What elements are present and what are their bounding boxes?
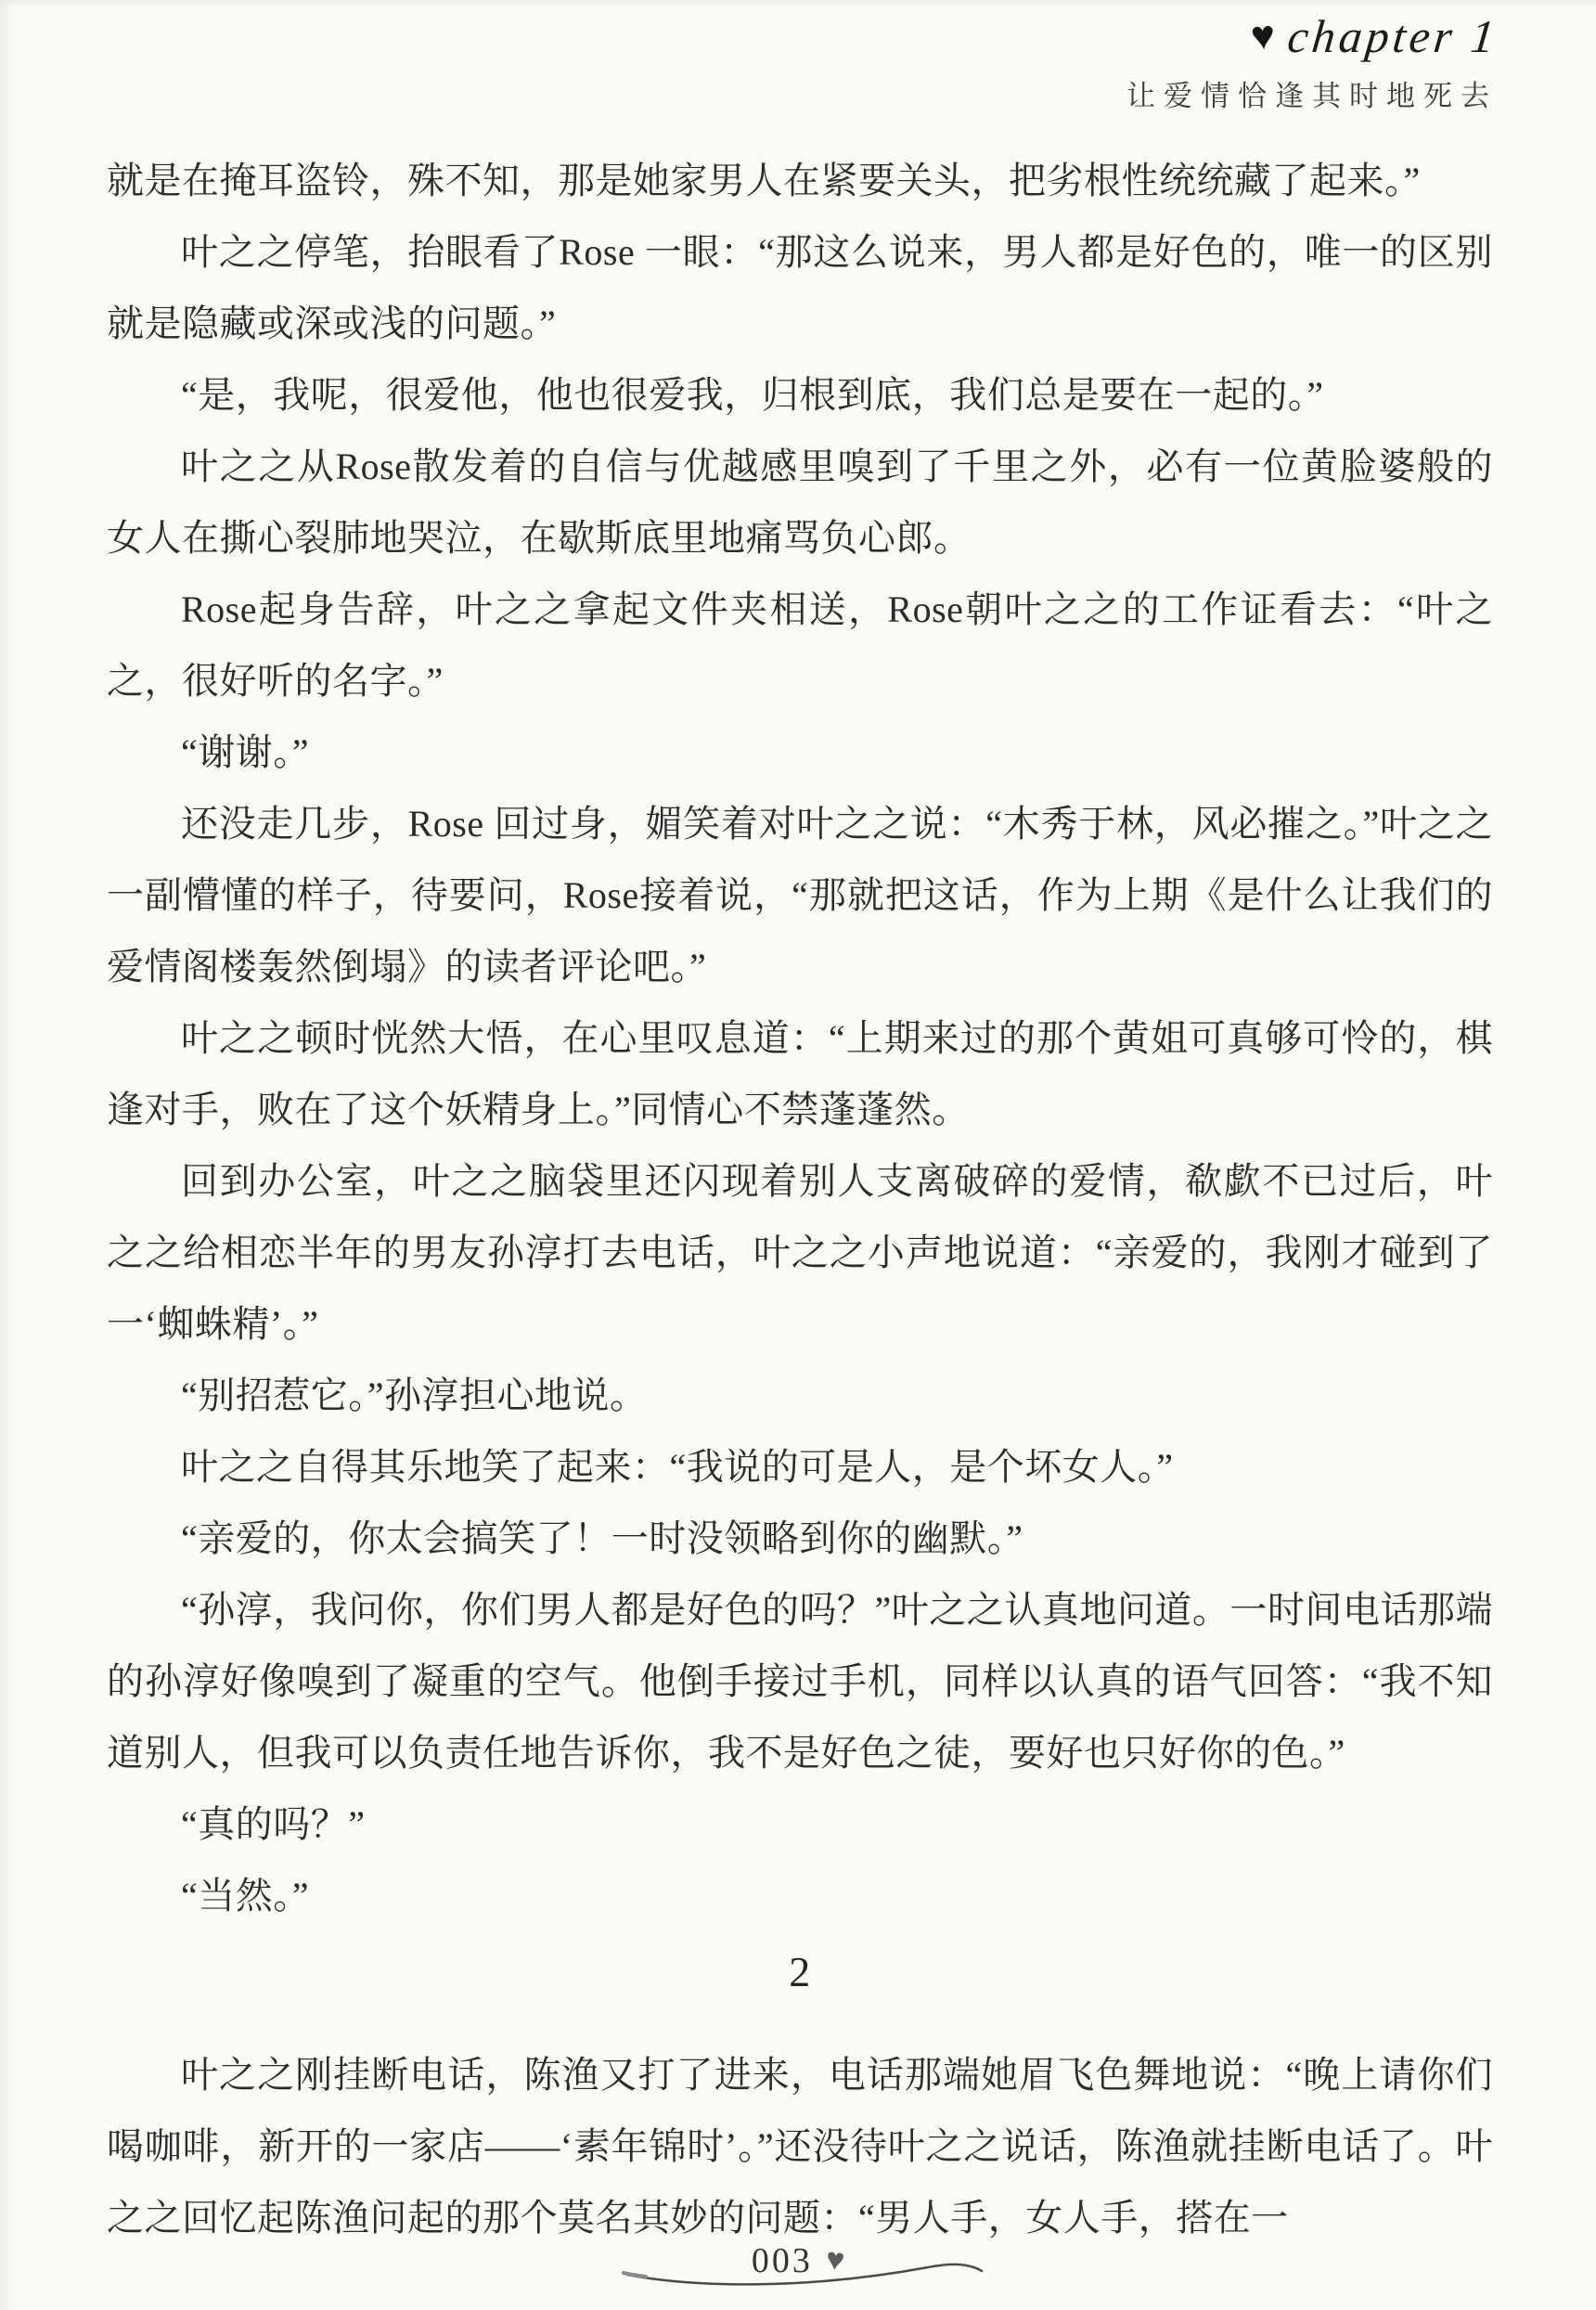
paragraph: “谢谢。” [107, 716, 1493, 788]
page-header: ♥ chapter 1 让爱情恰逢其时地死去 [1126, 13, 1498, 114]
chapter-label: chapter 1 [1285, 13, 1499, 59]
paragraph: “真的吗？” [107, 1788, 1493, 1860]
heart-icon: ♥ [1249, 15, 1276, 58]
chapter-line: ♥ chapter 1 [1126, 13, 1498, 59]
paragraph: 就是在掩耳盗铃，殊不知，那是她家男人在紧要关头，把劣根性统统藏了起来。” [107, 145, 1493, 216]
paragraph: 叶之之停笔，抬眼看了Rose 一眼：“那这么说来，男人都是好色的，唯一的区别就是… [107, 216, 1493, 359]
paragraph: “亲爱的，你太会搞笑了！一时没领略到你的幽默。” [107, 1503, 1493, 1574]
footer-ornament-group: 003 ♥ [733, 2228, 863, 2293]
paragraph: 叶之之自得其乐地笑了起来：“我说的可是人，是个坏女人。” [107, 1431, 1493, 1503]
paragraph: 还没走几步，Rose 回过身，媚笑着对叶之之说：“木秀于林，风必摧之。”叶之之一… [107, 788, 1493, 1002]
chapter-subtitle: 让爱情恰逢其时地死去 [1126, 72, 1498, 114]
paragraph: 叶之之刚挂断电话，陈渔又打了进来，电话那端她眉飞色舞地说：“晚上请你们喝咖啡，新… [107, 2039, 1493, 2253]
heart-ornament-icon: ♥ [824, 2242, 846, 2279]
section-number: 2 [107, 1944, 1493, 2000]
paragraph: 叶之之从Rose散发着的自信与优越感里嗅到了千里之外，必有一位黄脸婆般的女人在撕… [107, 431, 1493, 574]
paragraph: 叶之之顿时恍然大悟，在心里叹息道：“上期来过的那个黄姐可真够可怜的，棋逢对手，败… [107, 1002, 1493, 1145]
page-number: 003 [752, 2240, 813, 2281]
paragraph: 回到办公室，叶之之脑袋里还闪现着别人支离破碎的爱情，欷歔不已过后，叶之之给相恋半… [107, 1145, 1493, 1360]
paragraph: “当然。” [107, 1860, 1493, 1931]
underline-swoosh-icon [622, 2251, 1011, 2291]
paragraph: “别招惹它。”孙淳担心地说。 [107, 1360, 1493, 1431]
page-footer: 003 ♥ [0, 2228, 1596, 2293]
paragraph: “是，我呢，很爱他，他也很爱我，归根到底，我们总是要在一起的。” [107, 359, 1493, 431]
page-body: 就是在掩耳盗铃，殊不知，那是她家男人在紧要关头，把劣根性统统藏了起来。” 叶之之… [107, 145, 1493, 2253]
paragraph: Rose起身告辞，叶之之拿起文件夹相送，Rose朝叶之之的工作证看去：“叶之之，… [107, 574, 1493, 716]
paragraph: “孙淳，我问你，你们男人都是好色的吗？”叶之之认真地问道。一时间电话那端的孙淳好… [107, 1574, 1493, 1788]
book-page: ♥ chapter 1 让爱情恰逢其时地死去 就是在掩耳盗铃，殊不知，那是她家男… [0, 0, 1596, 2310]
